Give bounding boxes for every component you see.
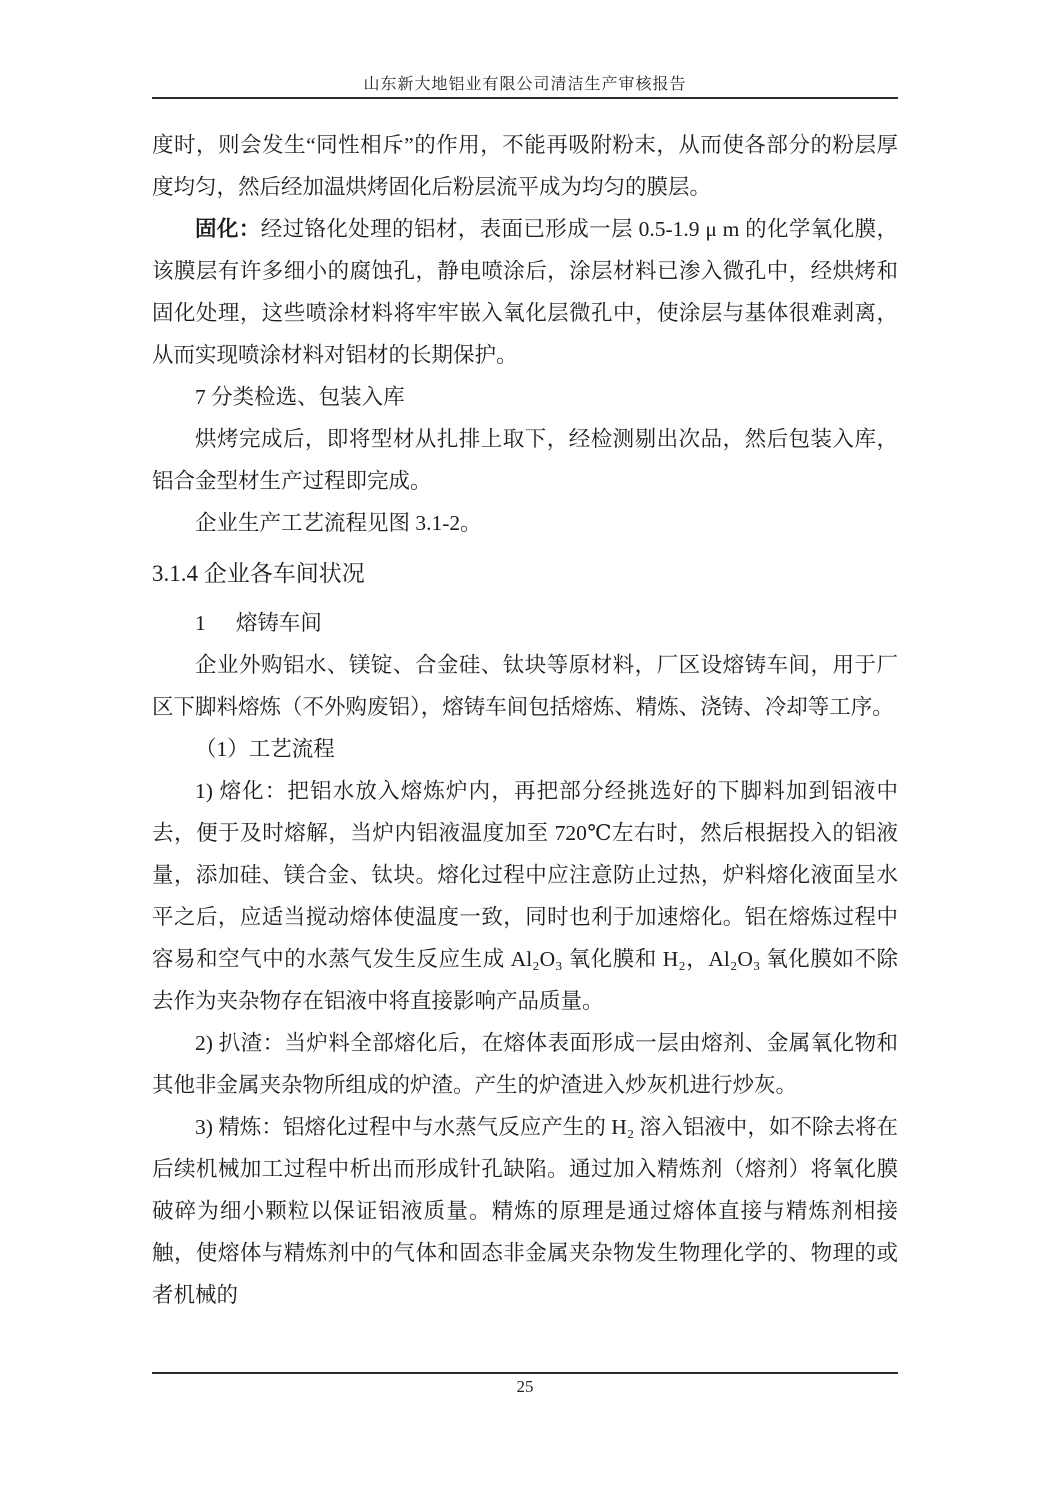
paragraph-step1-melting: 1) 熔化：把铝水放入熔炼炉内，再把部分经挑选好的下脚料加到铝液中去，便于及时熔… xyxy=(152,770,898,1022)
paragraph-step3-refining: 3) 精炼：铝熔化过程中与水蒸气反应产生的 H₂ 溶入铝液中，如不除去将在后续机… xyxy=(152,1106,898,1316)
paragraph-curing: 固化：经过铬化处理的铝材，表面已形成一层 0.5-1.9 μ m 的化学氧化膜，… xyxy=(152,208,898,376)
workshop-title: 熔铸车间 xyxy=(236,611,322,635)
paragraph-powder-layer-continuation: 度时，则会发生“同性相斥”的作用，不能再吸附粉末，从而使各部分的粉层厚度均匀，然… xyxy=(152,124,898,208)
paragraph-step2-slag-removal: 2) 扒渣：当炉料全部熔化后，在熔体表面形成一层由熔剂、金属氧化物和其他非金属夹… xyxy=(152,1022,898,1106)
page-footer: 25 xyxy=(152,1372,898,1399)
footer-rule xyxy=(152,1372,898,1374)
workshop-number: 1 xyxy=(195,611,206,635)
heading-process-flow: （1）工艺流程 xyxy=(152,728,898,770)
paragraph-workshop1-raw-materials: 企业外购铝水、镁锭、合金硅、钛块等原材料，厂区设熔铸车间，用于厂区下脚料熔炼（不… xyxy=(152,644,898,728)
heading-section-3-1-4: 3.1.4 企业各车间状况 xyxy=(152,553,898,595)
header-rule xyxy=(152,97,898,99)
page-header: 山东新大地铝业有限公司清洁生产审核报告 xyxy=(152,74,898,99)
curing-text: 经过铬化处理的铝材，表面已形成一层 0.5-1.9 μ m 的化学氧化膜，该膜层… xyxy=(152,217,898,367)
document-body: 度时，则会发生“同性相斥”的作用，不能再吸附粉末，从而使各部分的粉层厚度均匀，然… xyxy=(152,103,898,1316)
paragraph-step7-packing: 烘烤完成后，即将型材从扎排上取下，经检测剔出次品，然后包装入库，铝合金型材生产过… xyxy=(152,418,898,502)
curing-lead-label: 固化： xyxy=(195,217,261,241)
heading-step7-sorting-packing: 7 分类检选、包装入库 xyxy=(152,376,898,418)
page-number: 25 xyxy=(517,1375,534,1399)
paragraph-flow-figure-reference: 企业生产工艺流程见图 3.1-2。 xyxy=(152,502,898,544)
heading-workshop-1-casting: 1熔铸车间 xyxy=(152,602,898,644)
header-title: 山东新大地铝业有限公司清洁生产审核报告 xyxy=(152,74,898,95)
document-page: 山东新大地铝业有限公司清洁生产审核报告 度时，则会发生“同性相斥”的作用，不能再… xyxy=(0,0,1050,1485)
